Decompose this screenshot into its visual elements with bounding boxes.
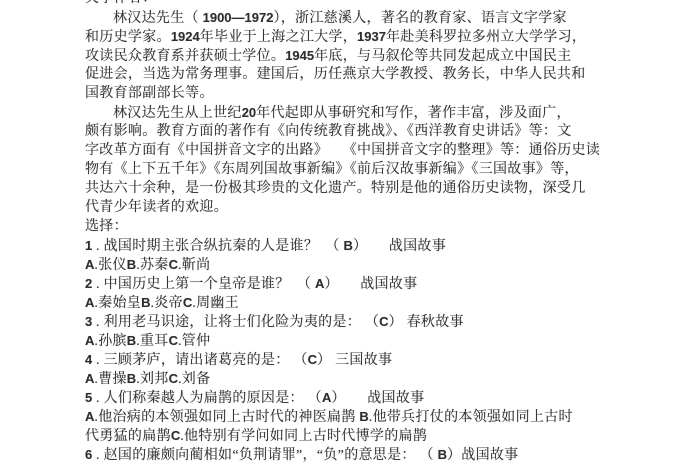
bio-line: 和历史学家。1924年毕业于上海之江大学，1937年赴美科罗拉多州立大学学习，	[85, 27, 685, 46]
bio-line: 国教育部副部长等。	[85, 84, 685, 103]
quiz-options-3: A.孙膑B.重耳C.管仲	[85, 331, 685, 350]
quiz-options-2: A.秦始皇B.炎帝C.周幽王	[85, 293, 685, 312]
clipped-heading: 关于作者：	[85, 0, 685, 8]
works-line: 代青少年读者的欢迎。	[85, 198, 685, 217]
quiz-section-label: 选择：	[85, 217, 685, 236]
quiz-options-4: A.曹操B.刘邦C.刘备	[85, 369, 685, 388]
quiz-question-5: 5 . 人们称秦越人为扁鹊的原因是： （A） 战国故事	[85, 388, 685, 407]
bio-line: 攻读民众教育系并获硕士学位。1945年底，与马叙伦等共同发起成立中国民主	[85, 46, 685, 65]
works-line: 字改革方面有《中国拼音文字的出路》 《中国拼音文字的整理》等：通俗历史读	[85, 141, 685, 160]
works-line: 林汉达先生从上世纪20年代起即从事研究和写作，著作丰富，涉及面广，	[85, 103, 685, 122]
quiz-question-2: 2 . 中国历史上第一个皇帝是谁？ （ A） 战国故事	[85, 274, 685, 293]
quiz-question-6: 6 . 赵国的廉颇向蔺相如“负荆请罪”，“负”的意思是： （ B）战国故事	[85, 445, 685, 464]
works-line: 物有《上下五千年》《东周列国故事新编》《前后汉故事新编》《三国故事》等，	[85, 160, 685, 179]
bio-line: 林汉达先生（ 1900—1972），浙江慈溪人，著名的教育家、语言文字学家	[85, 8, 685, 27]
quiz-options-5-cont: 代勇猛的扁鹊C.他特别有学问如同上古时代博学的扁鹊	[85, 426, 685, 445]
quiz-question-3: 3 . 利用老马识途，让将士们化险为夷的是： （C） 春秋故事	[85, 312, 685, 331]
document-page: 关于作者： 林汉达先生（ 1900—1972），浙江慈溪人，著名的教育家、语言文…	[85, 0, 685, 464]
quiz-question-4: 4 . 三顾茅庐，请出诸葛亮的是： （C） 三国故事	[85, 350, 685, 369]
quiz-options-5: A.他治病的本领强如同上古时代的神医扁鹊 B.他带兵打仗的本领强如同上古时	[85, 407, 685, 426]
bio-line: 促进会，当选为常务理事。建国后，历任燕京大学教授、教务长，中华人民共和	[85, 65, 685, 84]
works-line: 颇有影响。教育方面的著作有《向传统教育挑战》、《西洋教育史讲话》等：文	[85, 122, 685, 141]
quiz-question-1: 1 . 战国时期主张合纵抗秦的人是谁？ （ B） 战国故事	[85, 236, 685, 255]
works-line: 共达六十余种，是一份极其珍贵的文化遗产。特别是他的通俗历史读物，深受几	[85, 179, 685, 198]
quiz-options-1: A.张仪B.苏秦C.靳尚	[85, 255, 685, 274]
